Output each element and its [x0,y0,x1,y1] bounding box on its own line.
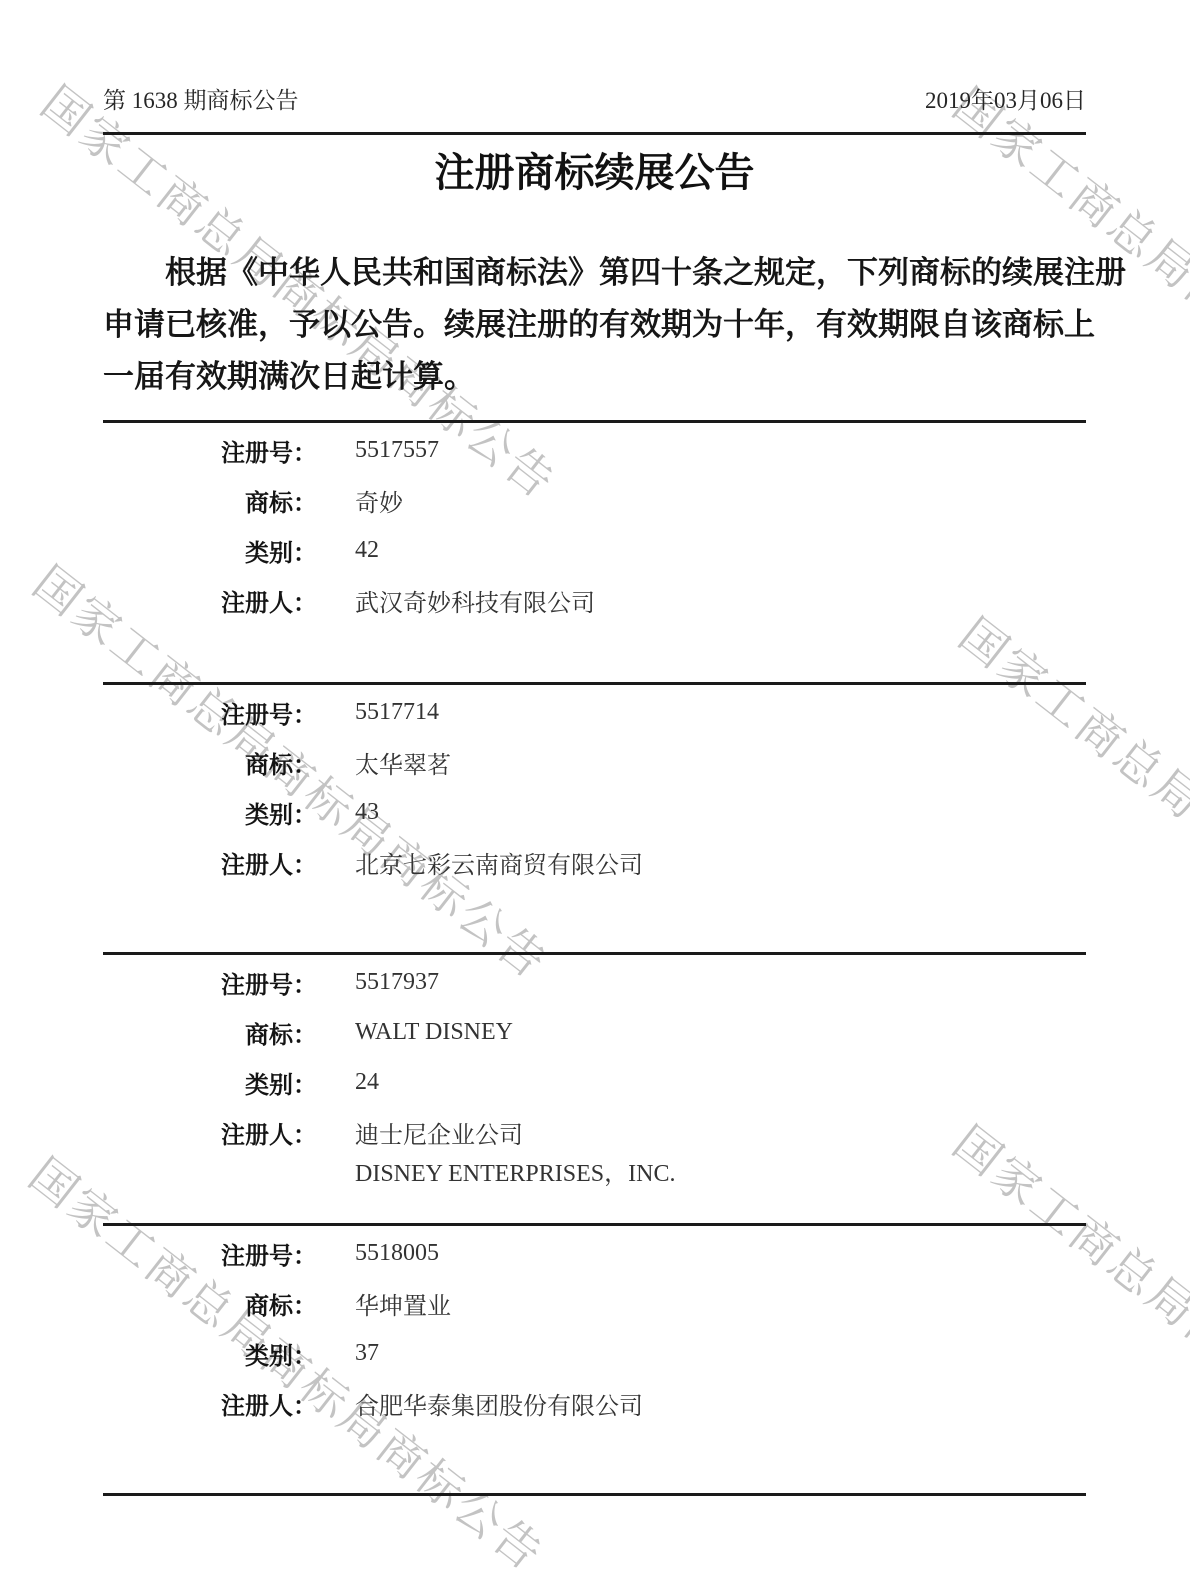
record-field-registrant: 注册人： 合肥华泰集团股份有限公司 [103,1378,1086,1428]
registrant-value: 武汉奇妙科技有限公司 [355,583,595,618]
reg-no-label: 注册号： [103,965,317,1000]
registrant-value: 合肥华泰集团股份有限公司 [355,1386,643,1421]
record-field-registrant-en: DISNEY ENTERPRISES，INC. [103,1153,1086,1187]
record-field-trademark: 商标： 太华翠茗 [103,737,1086,787]
category-label: 类别： [103,533,317,568]
reg-no-label: 注册号： [103,1236,317,1271]
category-value: 43 [355,799,379,826]
category-value: 24 [355,1069,379,1096]
trademark-value: 奇妙 [355,483,403,518]
registrant-value: 迪士尼企业公司 [355,1115,523,1150]
trademark-label: 商标： [103,745,317,780]
record-field-trademark: 商标： 奇妙 [103,475,1086,525]
record-field-registrant: 注册人： 北京七彩云南商贸有限公司 [103,837,1086,887]
trademark-value: WALT DISNEY [355,1019,513,1046]
record-field-reg-no: 注册号： 5517937 [103,957,1086,1007]
category-value: 37 [355,1340,379,1367]
record-field-category: 类别： 24 [103,1057,1086,1107]
intro-line: 根据《中华人民共和国商标法》第四十条之规定，下列商标的续展注册 [103,247,1086,299]
reg-no-value: 5518005 [355,1240,439,1267]
registrant-label: 注册人： [103,845,317,880]
category-value: 42 [355,537,379,564]
reg-no-value: 5517557 [355,437,439,464]
record-field-registrant: 注册人： 迪士尼企业公司 [103,1107,1086,1157]
record-field-registrant: 注册人： 武汉奇妙科技有限公司 [103,575,1086,625]
record-field-trademark: 商标： WALT DISNEY [103,1007,1086,1057]
registrant-label: 注册人： [103,1115,317,1150]
header-divider [103,132,1086,135]
trademark-label: 商标： [103,1015,317,1050]
trademark-record: 注册号： 5517714 商标： 太华翠茗 类别： 43 注册人： 北京七彩云南… [103,682,1086,952]
page-title: 注册商标续展公告 [103,145,1086,201]
trademark-value: 太华翠茗 [355,745,451,780]
reg-no-label: 注册号： [103,695,317,730]
record-field-reg-no: 注册号： 5517714 [103,687,1086,737]
registrant-en-value: DISNEY ENTERPRISES，INC. [355,1153,675,1188]
trademark-label: 商标： [103,1286,317,1321]
trademark-label: 商标： [103,483,317,518]
reg-no-value: 5517937 [355,969,439,996]
record-field-category: 类别： 42 [103,525,1086,575]
record-field-reg-no: 注册号： 5517557 [103,425,1086,475]
trademark-value: 华坤置业 [355,1286,451,1321]
registrant-label: 注册人： [103,1386,317,1421]
trademark-record: 注册号： 5517557 商标： 奇妙 类别： 42 注册人： 武汉奇妙科技有限… [103,420,1086,682]
bottom-divider [103,1493,1086,1496]
intro-line: 一届有效期满次日起计算。 [103,351,1086,403]
category-label: 类别： [103,1065,317,1100]
registrant-label: 注册人： [103,583,317,618]
record-field-reg-no: 注册号： 5518005 [103,1228,1086,1278]
page-header: 第 1638 期商标公告 2019年03月06日 [103,86,1086,116]
trademark-record: 注册号： 5518005 商标： 华坤置业 类别： 37 注册人： 合肥华泰集团… [103,1223,1086,1493]
reg-no-label: 注册号： [103,433,317,468]
reg-no-value: 5517714 [355,699,439,726]
trademark-record: 注册号： 5517937 商标： WALT DISNEY 类别： 24 注册人：… [103,952,1086,1223]
category-label: 类别： [103,795,317,830]
gazette-date: 2019年03月06日 [925,86,1086,116]
registrant-value: 北京七彩云南商贸有限公司 [355,845,643,880]
gazette-page: 第 1638 期商标公告 2019年03月06日 注册商标续展公告 根据《中华人… [103,0,1086,1496]
record-field-trademark: 商标： 华坤置业 [103,1278,1086,1328]
record-field-category: 类别： 37 [103,1328,1086,1378]
record-list: 注册号： 5517557 商标： 奇妙 类别： 42 注册人： 武汉奇妙科技有限… [103,420,1086,1496]
gazette-issue-number: 第 1638 期商标公告 [103,86,299,116]
category-label: 类别： [103,1336,317,1371]
intro-paragraph: 根据《中华人民共和国商标法》第四十条之规定，下列商标的续展注册 申请已核准，予以… [103,247,1086,403]
intro-line: 申请已核准，予以公告。续展注册的有效期为十年，有效期限自该商标上 [103,299,1086,351]
record-field-category: 类别： 43 [103,787,1086,837]
